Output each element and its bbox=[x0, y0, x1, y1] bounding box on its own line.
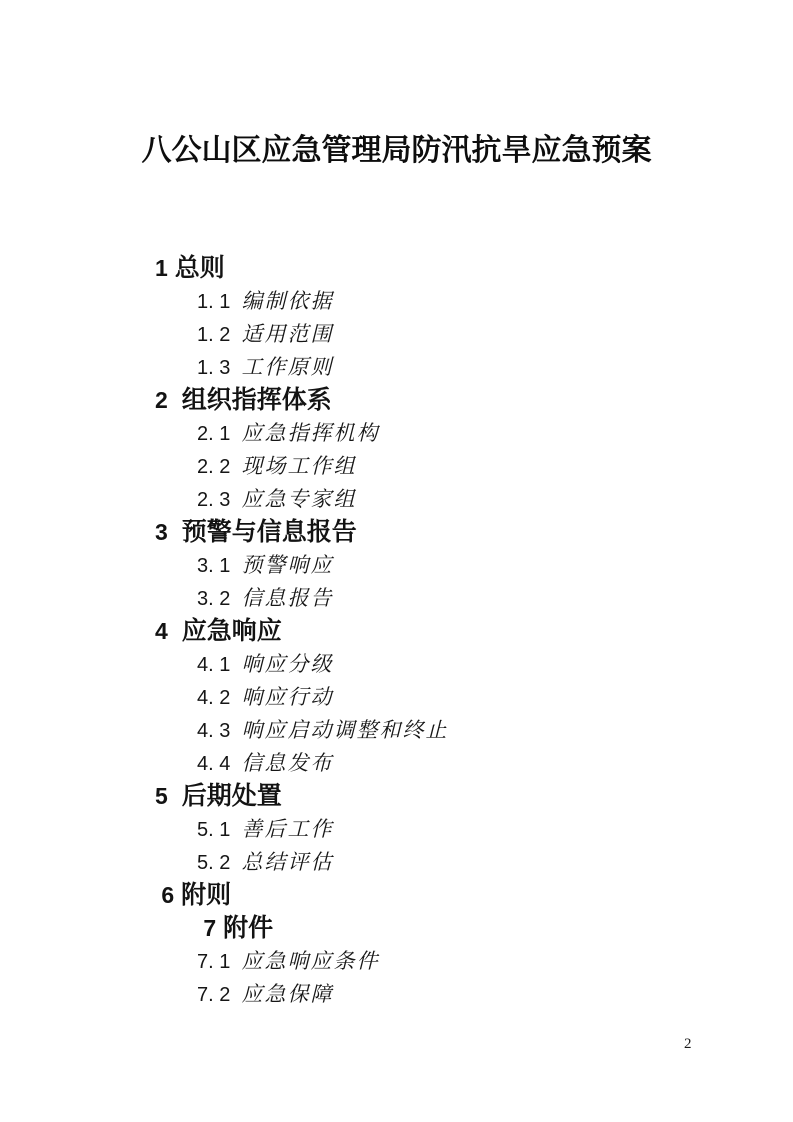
toc-entry: 2 组织指挥体系 bbox=[155, 384, 448, 417]
toc-entry-label: 附件 bbox=[223, 914, 273, 942]
toc-entry-label: 后期处置 bbox=[182, 782, 282, 810]
toc-entry: 6 附则 bbox=[155, 879, 448, 912]
toc-entry-label: 组织指挥体系 bbox=[182, 386, 332, 414]
toc-entry-separator bbox=[230, 423, 241, 445]
toc-entry-separator bbox=[230, 588, 241, 610]
toc-entry-number: 4. 4 bbox=[197, 753, 230, 775]
page-number: 2 bbox=[684, 1034, 692, 1054]
toc-entry: 4 应急响应 bbox=[155, 615, 448, 648]
toc-entry: 3. 2 信息报告 bbox=[155, 582, 448, 615]
toc-entry: 5 后期处置 bbox=[155, 780, 448, 813]
toc-entry-separator bbox=[230, 819, 241, 841]
toc-entry-separator bbox=[230, 324, 241, 346]
toc-entry-separator bbox=[230, 984, 241, 1006]
toc-entry-separator bbox=[168, 617, 182, 645]
toc-entry-label: 应急响应条件 bbox=[241, 949, 379, 973]
toc-entry-separator bbox=[230, 753, 241, 775]
toc-entry: 7. 1 应急响应条件 bbox=[155, 945, 448, 978]
toc-entry-label: 应急响应 bbox=[182, 617, 282, 645]
toc-entry: 2. 2 现场工作组 bbox=[155, 450, 448, 483]
toc-entry-number: 5. 1 bbox=[197, 819, 230, 841]
toc-entry-number: 1 bbox=[155, 255, 168, 281]
document-page: 八公山区应急管理局防汛抗旱应急预案 1 总则1. 1 编制依据1. 2 适用范围… bbox=[0, 0, 793, 1122]
toc-entry-number: 3 bbox=[155, 519, 168, 545]
toc-entry-label: 响应分级 bbox=[241, 652, 333, 676]
toc-entry-label: 善后工作 bbox=[241, 817, 333, 841]
toc-entry-label: 信息报告 bbox=[241, 586, 333, 610]
toc-entry: 1. 3 工作原则 bbox=[155, 351, 448, 384]
toc-entry-separator bbox=[230, 852, 241, 874]
toc-entry-label: 应急专家组 bbox=[241, 487, 356, 511]
toc-entry-label: 工作原则 bbox=[241, 355, 333, 379]
toc-entry-separator bbox=[230, 687, 241, 709]
toc-entry-number: 4. 2 bbox=[197, 687, 230, 709]
toc-entry-number: 1. 3 bbox=[197, 357, 230, 379]
toc-entry-separator bbox=[230, 489, 241, 511]
page-title: 八公山区应急管理局防汛抗旱应急预案 bbox=[0, 132, 793, 169]
toc-entry: 3 预警与信息报告 bbox=[155, 516, 448, 549]
toc-entry-separator bbox=[230, 555, 241, 577]
toc-entry-number: 2. 2 bbox=[197, 456, 230, 478]
toc-entry-separator bbox=[230, 951, 241, 973]
toc-entry: 1. 2 适用范围 bbox=[155, 318, 448, 351]
toc-entry-separator bbox=[230, 357, 241, 379]
toc-entry-label: 现场工作组 bbox=[241, 454, 356, 478]
toc-entry-number: 4 bbox=[155, 618, 168, 644]
toc-entry-separator bbox=[230, 654, 241, 676]
toc-entry: 2. 1 应急指挥机构 bbox=[155, 417, 448, 450]
toc-entry: 5. 2 总结评估 bbox=[155, 846, 448, 879]
toc-entry-label: 适用范围 bbox=[241, 322, 333, 346]
toc-entry: 1 总则 bbox=[155, 252, 448, 285]
toc-entry-number: 3. 2 bbox=[197, 588, 230, 610]
toc-entry: 4. 2 响应行动 bbox=[155, 681, 448, 714]
toc-entry-number: 5. 2 bbox=[197, 852, 230, 874]
toc-entry-label: 总则 bbox=[175, 254, 225, 282]
toc-entry-label: 总结评估 bbox=[241, 850, 333, 874]
toc-entry-separator bbox=[168, 386, 182, 414]
toc-entry-number: 1. 2 bbox=[197, 324, 230, 346]
toc-entry: 5. 1 善后工作 bbox=[155, 813, 448, 846]
toc-entry-label: 预警响应 bbox=[241, 553, 333, 577]
toc-entry-separator bbox=[168, 782, 182, 810]
toc-entry: 1. 1 编制依据 bbox=[155, 285, 448, 318]
toc-entry-label: 应急保障 bbox=[241, 982, 333, 1006]
toc-entry-number: 3. 1 bbox=[197, 555, 230, 577]
toc-entry-number: 4. 1 bbox=[197, 654, 230, 676]
toc-entry-separator bbox=[230, 456, 241, 478]
table-of-contents: 1 总则1. 1 编制依据1. 2 适用范围1. 3 工作原则2 组织指挥体系2… bbox=[155, 252, 448, 1011]
toc-entry: 4. 1 响应分级 bbox=[155, 648, 448, 681]
toc-entry-number: 7. 1 bbox=[197, 951, 230, 973]
toc-entry: 4. 3 响应启动调整和终止 bbox=[155, 714, 448, 747]
toc-entry: 2. 3 应急专家组 bbox=[155, 483, 448, 516]
toc-entry-number: 2. 1 bbox=[197, 423, 230, 445]
toc-entry-separator bbox=[168, 254, 175, 282]
toc-entry: 7 附件 bbox=[155, 912, 448, 945]
toc-entry-number: 1. 1 bbox=[197, 291, 230, 313]
toc-entry-label: 响应启动调整和终止 bbox=[241, 718, 448, 742]
toc-entry-number: 2. 3 bbox=[197, 489, 230, 511]
toc-entry-label: 应急指挥机构 bbox=[241, 421, 379, 445]
toc-entry-label: 编制依据 bbox=[241, 289, 333, 313]
toc-entry-separator bbox=[230, 291, 241, 313]
toc-entry-label: 信息发布 bbox=[241, 751, 333, 775]
toc-entry: 7. 2 应急保障 bbox=[155, 978, 448, 1011]
toc-entry: 3. 1 预警响应 bbox=[155, 549, 448, 582]
toc-entry-number: 5 bbox=[155, 783, 168, 809]
toc-entry-separator bbox=[230, 720, 241, 742]
toc-entry: 4. 4 信息发布 bbox=[155, 747, 448, 780]
toc-entry-label: 预警与信息报告 bbox=[182, 518, 357, 546]
toc-entry-number: 2 bbox=[155, 387, 168, 413]
toc-entry-number: 4. 3 bbox=[197, 720, 230, 742]
toc-entry-number: 6 bbox=[155, 882, 174, 908]
toc-entry-label: 附则 bbox=[181, 881, 231, 909]
toc-entry-separator bbox=[168, 518, 182, 546]
toc-entry-number: 7. 2 bbox=[197, 984, 230, 1006]
toc-entry-number: 7 bbox=[197, 915, 216, 941]
toc-entry-label: 响应行动 bbox=[241, 685, 333, 709]
